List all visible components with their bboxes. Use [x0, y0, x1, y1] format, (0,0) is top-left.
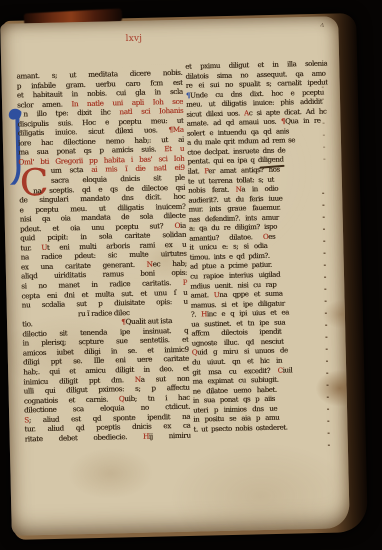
text-line: t. ut psecto nobis ostederet.: [193, 422, 335, 435]
rubric-text: P: [183, 278, 188, 287]
body-text: amate. ad qd amaui uos.: [186, 118, 281, 128]
manuscript-page: lxvj ʌ C amant. s; ut meditata dicere no…: [0, 16, 350, 536]
body-text: ne dilatoe uemo habet.: [193, 385, 277, 395]
body-text: ilat.: [188, 167, 205, 175]
body-text: ru ĩ radice dilec: [78, 308, 130, 318]
body-text: tio.: [22, 319, 32, 329]
body-text: uid g miru si unuos de: [197, 347, 288, 357]
body-text: es: [268, 233, 275, 241]
body-text: ugnoste illuc. qd nesciut: [191, 337, 283, 347]
body-text: timou. ints e qd pdim?.: [189, 252, 269, 262]
body-text: t. ut psecto nobis ostederet.: [193, 423, 287, 433]
body-text: audierit?. ut du feris iuue: [188, 194, 282, 204]
text-column-right: et pximu diligut et in illa soleniadilat…: [185, 59, 335, 434]
body-text: ctoe declpat. insruete dns de: [187, 146, 285, 156]
body-text: ua sustinet. et tn ipe sua: [191, 318, 285, 328]
body-text: ad ptue a pcime patiur.: [190, 261, 272, 271]
body-text: it unicu e: s; si odia: [189, 242, 267, 252]
rubric-text: Et u: [164, 144, 184, 153]
body-text: uteri p inimios dns ue: [193, 404, 277, 414]
body-text: a: qa du re diligim? ispo: [189, 223, 277, 233]
body-text: um scta: [50, 165, 91, 175]
body-text: te ut terrena tollat: s; ut: [188, 175, 274, 185]
body-text: ec hab;: [152, 259, 186, 269]
body-text: du uiuut. qn et hic in: [192, 357, 282, 367]
body-text: c si apte dicat. Ad hc: [249, 107, 327, 117]
body-text: nas defendim?. ints amur: [189, 213, 279, 223]
body-text: in positu se aia p amu: [193, 414, 279, 424]
body-text: mur. ints graue fauemur.: [188, 204, 280, 214]
body-text: a sut non: [140, 373, 189, 383]
body-text: amantiu? dilatoe.: [189, 233, 263, 243]
body-text: a in odio: [241, 185, 278, 194]
body-text: tur.: [20, 243, 41, 252]
body-text: ij nimiru: [149, 430, 191, 440]
body-text: nobis ferat.: [188, 186, 236, 195]
body-text: git msa cu excedit?: [192, 366, 278, 376]
body-text: a du male qrit mdum ad rem se: [187, 137, 295, 147]
corner-ink-mark: ʌ: [320, 20, 326, 29]
body-text: iuil: [282, 366, 292, 374]
body-text: affcm dilectois ipendit: [191, 328, 281, 338]
rubric-text: ¶Ma: [168, 125, 183, 134]
body-text: sicut dilexi uos.: [186, 109, 244, 118]
body-text: ritate debet obediecie.: [25, 432, 143, 444]
body-text: solert e intuendu qa qd anis: [187, 127, 289, 137]
body-text: pentat. qui ea ipa q diligend: [187, 156, 283, 166]
body-text: inc e q ipi uius et ea: [207, 309, 289, 319]
body-text: mdius uenit. nisi cu rap: [190, 280, 276, 290]
body-text: Qua in re: [285, 117, 321, 126]
body-text: cu rapioe interius uigilad: [190, 271, 280, 281]
body-text: amat.: [190, 291, 213, 300]
folio-number: lxvj: [125, 34, 142, 44]
text-column-left: amant. s; ut meditata dicere nobis.p inf…: [16, 68, 190, 444]
body-text: ?.: [191, 311, 201, 319]
body-text: ia: [180, 220, 186, 229]
body-text: mamus. si et ipe diligatur: [191, 299, 285, 309]
body-text: in sua ponat qs p aiis: [193, 395, 275, 405]
body-text: sclor amen.: [17, 99, 71, 109]
body-text: ma expimat cu subiugit.: [192, 376, 278, 386]
body-text: na qppe et suma: [219, 290, 282, 299]
